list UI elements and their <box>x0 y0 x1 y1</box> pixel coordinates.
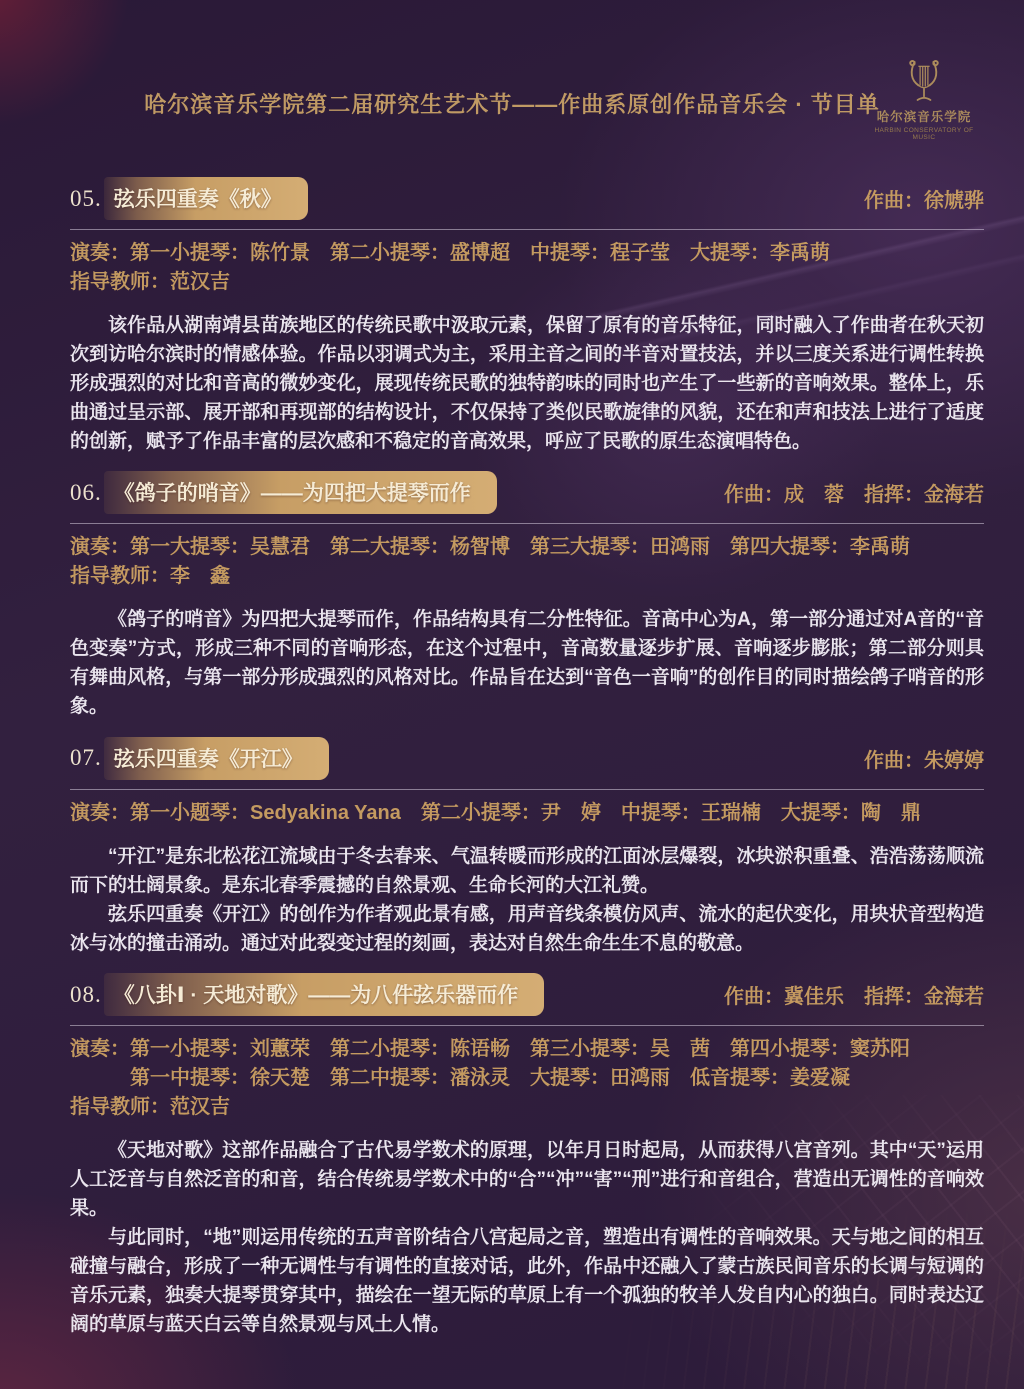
divider-line <box>70 1025 984 1026</box>
program-title-wrap: 06. 《鸽子的哨音》——为四把大提琴而作 <box>70 471 497 514</box>
description-paragraph: 弦乐四重奏《开江》的创作为作者观此景有感，用声音线条模仿风声、流水的起伏变化，用… <box>70 901 984 959</box>
program-list: 05. 弦乐四重奏《秋》 作曲：徐虓骅 演奏：第一小提琴：陈竹景 第二小提琴：盛… <box>0 177 1024 1340</box>
advisor: 指导教师：李 鑫 <box>70 562 984 591</box>
performers: 演奏：第一小题琴：Sedyakina Yana 第二小提琴：尹 婷 中提琴：王瑞… <box>70 799 984 828</box>
advisor: 指导教师：范汉吉 <box>70 268 984 297</box>
program-credits: 作曲：成 蓉 指挥：金海若 <box>724 478 984 507</box>
performers-line: 演奏：第一小提琴：陈竹景 第二小提琴：盛博超 中提琴：程子莹 大提琴：李禹萌 <box>70 239 984 268</box>
program-description: 该作品从湖南靖县苗族地区的传统民歌中汲取元素，保留了原有的音乐特征，同时融入了作… <box>70 312 984 456</box>
program-title: 《八卦Ⅰ · 天地对歌》——为八件弦乐器而作 <box>104 973 544 1016</box>
program-number: 05. <box>70 186 102 212</box>
program-item: 08. 《八卦Ⅰ · 天地对歌》——为八件弦乐器而作 作曲：冀佳乐 指挥：金海若… <box>70 973 984 1339</box>
logo-text-cn: 哈尔滨音乐学院 <box>872 107 976 125</box>
program-title: 弦乐四重奏《开江》 <box>104 737 329 780</box>
program-title: 《鸽子的哨音》——为四把大提琴而作 <box>104 471 497 514</box>
logo-text-en: HARBIN CONSERVATORY OF MUSIC <box>872 127 976 141</box>
performers: 演奏：第一大提琴：吴慧君 第二大提琴：杨智博 第三大提琴：田鸿雨 第四大提琴：李… <box>70 533 984 562</box>
program-header: 08. 《八卦Ⅰ · 天地对歌》——为八件弦乐器而作 作曲：冀佳乐 指挥：金海若 <box>70 973 984 1016</box>
performers-line: 演奏：第一大提琴：吴慧君 第二大提琴：杨智博 第三大提琴：田鸿雨 第四大提琴：李… <box>70 533 984 562</box>
program-number: 07. <box>70 745 102 771</box>
lyre-icon <box>905 58 943 104</box>
performers-line: 演奏：第一小题琴：Sedyakina Yana 第二小提琴：尹 婷 中提琴：王瑞… <box>70 799 984 828</box>
masthead: 哈尔滨音乐学院第二届研究生艺术节——作曲系原创作品音乐会 · 节目单 <box>0 0 1024 119</box>
program-credits: 作曲：冀佳乐 指挥：金海若 <box>724 980 984 1009</box>
program-credits: 作曲：徐虓骅 <box>864 184 984 213</box>
description-paragraph: 该作品从湖南靖县苗族地区的传统民歌中汲取元素，保留了原有的音乐特征，同时融入了作… <box>70 312 984 456</box>
advisor: 指导教师：范汉吉 <box>70 1093 984 1122</box>
divider-line <box>70 789 984 790</box>
program-title: 弦乐四重奏《秋》 <box>104 177 308 220</box>
divider-line <box>70 229 984 230</box>
program-item: 07. 弦乐四重奏《开江》 作曲：朱婷婷 演奏：第一小题琴：Sedyakina … <box>70 737 984 959</box>
program-number: 08. <box>70 982 102 1008</box>
performers-line: 第一中提琴：徐天楚 第二中提琴：潘泳灵 大提琴：田鸿雨 低音提琴：姜爱凝 <box>70 1064 984 1093</box>
page-title: 哈尔滨音乐学院第二届研究生艺术节——作曲系原创作品音乐会 · 节目单 <box>0 88 1024 119</box>
program-header: 06. 《鸽子的哨音》——为四把大提琴而作 作曲：成 蓉 指挥：金海若 <box>70 471 984 514</box>
performers: 演奏：第一小提琴：陈竹景 第二小提琴：盛博超 中提琴：程子莹 大提琴：李禹萌 <box>70 239 984 268</box>
performers: 演奏：第一小提琴：刘蕙荣 第二小提琴：陈语畅 第三小提琴：吴 茜 第四小提琴：窦… <box>70 1035 984 1093</box>
divider-line <box>70 523 984 524</box>
program-item: 05. 弦乐四重奏《秋》 作曲：徐虓骅 演奏：第一小提琴：陈竹景 第二小提琴：盛… <box>70 177 984 456</box>
program-description: 《鸽子的哨音》为四把大提琴而作，作品结构具有二分性特征。音高中心为A，第一部分通… <box>70 606 984 722</box>
program-item: 06. 《鸽子的哨音》——为四把大提琴而作 作曲：成 蓉 指挥：金海若 演奏：第… <box>70 471 984 722</box>
program-number: 06. <box>70 480 102 506</box>
description-paragraph: “开江”是东北松花江流域由于冬去春来、气温转暖而形成的江面冰层爆裂，冰块淤积重叠… <box>70 843 984 901</box>
description-paragraph: 《天地对歌》这部作品融合了古代易学数术的原理，以年月日时起局，从而获得八宫音列。… <box>70 1137 984 1224</box>
program-credits: 作曲：朱婷婷 <box>864 744 984 773</box>
program-title-wrap: 08. 《八卦Ⅰ · 天地对歌》——为八件弦乐器而作 <box>70 973 544 1016</box>
program-description: “开江”是东北松花江流域由于冬去春来、气温转暖而形成的江面冰层爆裂，冰块淤积重叠… <box>70 843 984 959</box>
description-paragraph: 《鸽子的哨音》为四把大提琴而作，作品结构具有二分性特征。音高中心为A，第一部分通… <box>70 606 984 722</box>
concert-program-page: 哈尔滨音乐学院第二届研究生艺术节——作曲系原创作品音乐会 · 节目单 <box>0 0 1024 1389</box>
performers-line: 演奏：第一小提琴：刘蕙荣 第二小提琴：陈语畅 第三小提琴：吴 茜 第四小提琴：窦… <box>70 1035 984 1064</box>
program-title-wrap: 05. 弦乐四重奏《秋》 <box>70 177 308 220</box>
description-paragraph: 与此同时，“地”则运用传统的五声音阶结合八宫起局之音，塑造出有调性的音响效果。天… <box>70 1224 984 1340</box>
program-header: 07. 弦乐四重奏《开江》 作曲：朱婷婷 <box>70 737 984 780</box>
school-logo: 哈尔滨音乐学院 HARBIN CONSERVATORY OF MUSIC <box>872 58 976 141</box>
program-description: 《天地对歌》这部作品融合了古代易学数术的原理，以年月日时起局，从而获得八宫音列。… <box>70 1137 984 1339</box>
program-header: 05. 弦乐四重奏《秋》 作曲：徐虓骅 <box>70 177 984 220</box>
program-title-wrap: 07. 弦乐四重奏《开江》 <box>70 737 329 780</box>
